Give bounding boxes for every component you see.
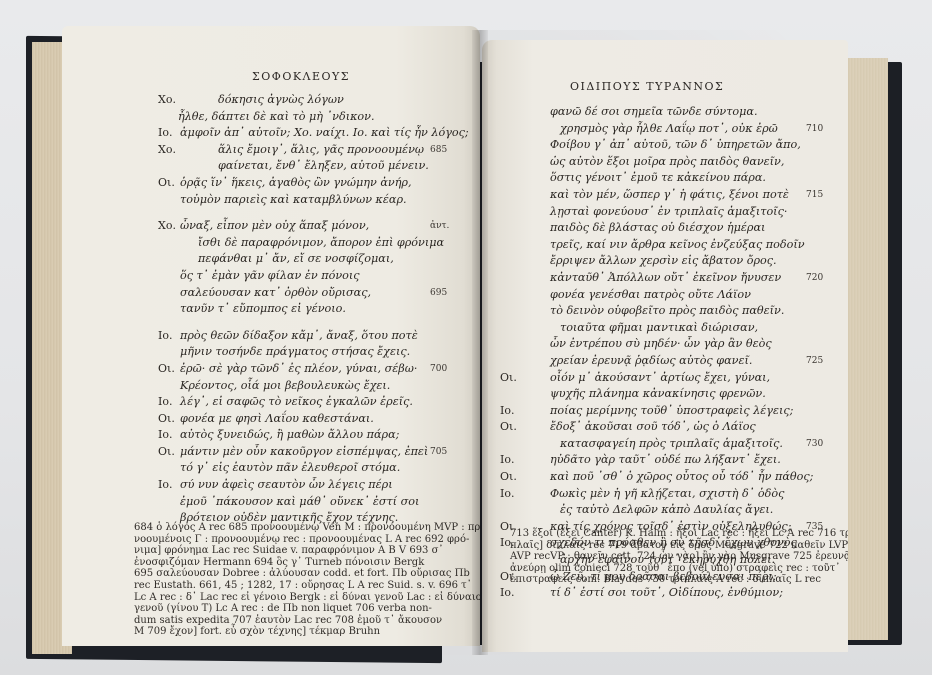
verse-line: τὸ δεινὸν οὑφοβεῖτο πρὸς παιδὸς παθεῖν.	[500, 303, 810, 320]
verse-line: κἀνταῦθ᾽ Ἀπόλλων οὔτ᾽ ἐκεῖνον ἤνυσεν720	[500, 270, 810, 287]
speaker-label: Ιο.	[500, 486, 514, 503]
verse-text: Κρέοντος, οἷά μοι βεβουλευκὼς ἔχει.	[180, 378, 390, 395]
speaker-label: Οι.	[158, 411, 175, 428]
verse-text: τὸ δεινὸν οὑφοβεῖτο πρὸς παιδὸς παθεῖν.	[550, 303, 784, 320]
apparatus-line: πλαῖς] διπλαῖς rec 719 ἄβατον εἰς ὄρος M…	[510, 540, 840, 552]
verse-text: ἅλις ἔμοιγ᾽, ἅλις, γᾶς προνοουμένῳ	[218, 142, 424, 159]
left-page: ΣΟΦΟΚΛΕΟΥΣ Χο.δόκησις ἀγνὼς λόγωνἦλθε, δ…	[62, 26, 480, 646]
verse-text: μάντιν μὲν οὖν κακοῦργον εἰσπέμψας, ἐπεὶ	[180, 444, 428, 461]
verse-line: Οι.ἐρῶ· σὲ γὰρ τῶνδ᾽ ἐς πλέον, γύναι, σέ…	[158, 361, 458, 378]
verse-line: ψυχῆς πλάνημα κἀνακίνησις φρενῶν.	[500, 386, 810, 403]
line-number: 730	[806, 436, 823, 453]
verse-line: Φοίβου γ᾽ ἀπ᾽ αὐτοῦ, τῶν δ᾽ ὑπηρετῶν ἄπο…	[500, 137, 810, 154]
verse-line: Οι.οἷόν μ᾽ ἀκούσαντ᾽ ἀρτίως ἔχει, γύναι,	[500, 370, 810, 387]
verse-text: παιδὸς δὲ βλάστας οὐ διέσχον ἡμέραι	[550, 220, 765, 237]
verse-line: φανῶ δέ σοι σημεῖα τῶνδε σύντομα.	[500, 104, 810, 121]
line-number: 695	[430, 285, 447, 302]
line-number: 715	[806, 187, 823, 204]
verse-text: ἔδοξ᾽ ἀκοῦσαι σοῦ τόδ᾽, ὡς ὁ Λάϊος	[550, 419, 756, 436]
line-number: ἀντ.	[430, 218, 449, 235]
critical-apparatus: 713 ἕξοι (ἕξει Canter) K. Halm : ἥξοι La…	[510, 528, 840, 586]
verse-text: καὶ ποῦ ᾽σθ᾽ ὁ χῶρος οὗτος οὗ τόδ᾽ ἦν πά…	[550, 469, 813, 486]
line-number: 725	[806, 353, 823, 370]
verse-line: σαλεύουσαν κατ᾽ ὀρθὸν οὔρισας,695	[158, 285, 458, 302]
verse-text: ὅστις γένοιτ᾽ ἐμοῦ τε κἀκείνου πάρα.	[550, 170, 766, 187]
verse-line: Οι.ἔδοξ᾽ ἀκοῦσαι σοῦ τόδ᾽, ὡς ὁ Λάϊος	[500, 419, 810, 436]
speaker-label: Ιο.	[500, 452, 514, 469]
verse-text: ὡς αὐτὸν ἕξοι μοῖρα πρὸς παιδὸς θανεῖν,	[550, 154, 784, 171]
verse-line: ἦλθε, δάπτει δὲ καὶ τὸ μὴ ᾿νδικον.	[158, 109, 458, 126]
verse-text: καὶ τὸν μέν, ὥσπερ γ᾽ ἡ φάτις, ξένοι ποτ…	[550, 187, 789, 204]
verse-text: λέγ᾽, εἰ σαφῶς τὸ νεῖκος ἐγκαλῶν ἐρεῖς.	[180, 394, 413, 411]
verse-line: ἴσθι δὲ παραφρόνιμον, ἄπορον ἐπὶ φρόνιμα	[158, 235, 458, 252]
verse-text: τί δ᾽ ἐστί σοι τοῦτ᾽, Οἰδίπους, ἐνθύμιον…	[550, 585, 783, 602]
verse-line: Ιο.πρὸς θεῶν δίδαξον κἄμ᾽, ἄναξ, ὅτου πο…	[158, 328, 458, 345]
verse-text: κἀνταῦθ᾽ Ἀπόλλων οὔτ᾽ ἐκεῖνον ἤνυσεν	[550, 270, 781, 287]
speaker-label: Ιο.	[158, 427, 172, 444]
verse-text: χρείαν ἐρευνᾷ ῥᾳδίως αὐτὸς φανεῖ.	[550, 353, 752, 370]
speaker-label: Οι.	[158, 444, 175, 461]
verse-line: Ιο.Φωκὶς μὲν ἡ γῆ κλῄζεται, σχιστὴ δ᾽ ὁδ…	[500, 486, 810, 503]
speaker-label: Ιο.	[158, 394, 172, 411]
verse-text: τοιαῦτα φῆμαι μαντικαὶ διώρισαν,	[560, 320, 758, 337]
speaker-label: Οι.	[158, 175, 175, 192]
line-number: 685	[430, 142, 447, 159]
verse-line: Οι.μάντιν μὲν οὖν κακοῦργον εἰσπέμψας, ἐ…	[158, 444, 458, 461]
verse-line: Χο.ὦναξ, εἶπον μὲν οὐχ ἅπαξ μόνον,ἀντ.	[158, 218, 458, 235]
verse-text: ἀμφοῖν ἀπ᾽ αὐτοῖν; Χο. ναίχι. Ιο. καὶ τί…	[180, 125, 469, 142]
verse-text: φονέα γενέσθαι πατρὸς οὔτε Λάϊον	[550, 287, 751, 304]
verse-text: ὅς τ᾽ ἐμὰν γᾶν φίλαν ἐν πόνοις	[180, 268, 360, 285]
apparatus-line: 684 ὁ λόγος A rec 685 προνοουμένῳ Ven M …	[134, 522, 474, 534]
verse-text: ἐμοῦ ᾿πάκουσον καὶ μάθ᾽ οὕνεκ᾽ ἐστί σοι	[180, 494, 419, 511]
verse-text: λῃσταὶ φονεύουσ᾽ ἐν τριπλαῖς ἁμαξιτοῖς·	[550, 204, 787, 221]
verse-line: παιδὸς δὲ βλάστας οὐ διέσχον ἡμέραι	[500, 220, 810, 237]
apparatus-line: M 709 ἔχον] fort. εὖ σχὸν τέχνης] τέκμαρ…	[134, 626, 474, 638]
verse-line: Χο.δόκησις ἀγνὼς λόγων	[158, 92, 458, 109]
verse-line: φονέα γενέσθαι πατρὸς οὔτε Λάϊον	[500, 287, 810, 304]
verse-line: Οι.φονέα με φησὶ Λαΐου καθεστάναι.	[158, 411, 458, 428]
speaker-label: Ιο.	[500, 403, 514, 420]
page-edges-right	[842, 58, 888, 640]
verse-line: τρεῖς, καί νιν ἄρθρα κεῖνος ἐνζεύξας ποδ…	[500, 237, 810, 254]
book-gutter	[472, 30, 488, 655]
verse-line: τοιαῦτα φῆμαι μαντικαὶ διώρισαν,	[500, 320, 810, 337]
verse-text: ἐρῶ· σὲ γὰρ τῶνδ᾽ ἐς πλέον, γύναι, σέβω·	[180, 361, 417, 378]
verse-line: Ιο.ηὐδᾶτο γὰρ ταῦτ᾽ οὐδέ πω λήξαντ᾽ ἔχει…	[500, 452, 810, 469]
verse-text: ἐς ταὐτὸ Δελφῶν κἀπὸ Δαυλίας ἄγει.	[560, 502, 773, 519]
speaker-label: Ιο.	[500, 585, 514, 602]
verse-text: τρεῖς, καί νιν ἄρθρα κεῖνος ἐνζεύξας ποδ…	[550, 237, 805, 254]
verse-text: οἷόν μ᾽ ἀκούσαντ᾽ ἀρτίως ἔχει, γύναι,	[550, 370, 770, 387]
speaker-label: Χο.	[158, 92, 176, 109]
verse-line: Ιο.τί δ᾽ ἐστί σοι τοῦτ᾽, Οἰδίπους, ἐνθύμ…	[500, 585, 810, 602]
verse-text: ἦλθε, δάπτει δὲ καὶ τὸ μὴ ᾿νδικον.	[178, 109, 375, 126]
verse-line: ἐς ταὐτὸ Δελφῶν κἀπὸ Δαυλίας ἄγει.	[500, 502, 810, 519]
verse-line: χρείαν ἐρευνᾷ ῥᾳδίως αὐτὸς φανεῖ.725	[500, 353, 810, 370]
speaker-label: Χο.	[158, 218, 176, 235]
verse-line: καὶ τὸν μέν, ὥσπερ γ᾽ ἡ φάτις, ξένοι ποτ…	[500, 187, 810, 204]
line-number: 700	[430, 361, 447, 378]
verse-line: ὡς αὐτὸν ἕξοι μοῖρα πρὸς παιδὸς θανεῖν,	[500, 154, 810, 171]
verse-text: πεφάνθαι μ᾽ ἄν, εἴ σε νοσφίζομαι,	[198, 251, 394, 268]
verse-line: φαίνεται, ἔνθ᾽ ἔληξεν, αὐτοῦ μένειν.	[158, 158, 458, 175]
verse-line: Κρέοντος, οἷά μοι βεβουλευκὼς ἔχει.	[158, 378, 458, 395]
apparatus-line: dum satis expedita 707 ἑαυτὸν Lac rec 70…	[134, 615, 474, 627]
verse-text: σαλεύουσαν κατ᾽ ὀρθὸν οὔρισας,	[180, 285, 371, 302]
verse-text: χρησμὸς γὰρ ἦλθε Λαΐῳ ποτ᾽, οὐκ ἐρῶ	[560, 121, 778, 138]
verse-line: ὧν ἐντρέπου σὺ μηδέν· ὧν γὰρ ἂν θεὸς	[500, 336, 810, 353]
speaker-label: Οι.	[500, 469, 517, 486]
verse-text: ὧν ἐντρέπου σὺ μηδέν· ὧν γὰρ ἂν θεὸς	[550, 336, 772, 353]
line-number: 720	[806, 270, 823, 287]
verse-line: λῃσταὶ φονεύουσ᾽ ἐν τριπλαῖς ἁμαξιτοῖς·	[500, 204, 810, 221]
apparatus-line: AVP recVP : θανεῖν cett. 724 ὧν γὰρ] ἢν …	[510, 551, 840, 563]
verse-text: μῆνιν τοσήνδε πράγματος στήσας ἔχεις.	[180, 344, 410, 361]
running-head: ΣΟΦΟΚΛΕΟΥΣ	[252, 70, 350, 83]
verse-line: ὅστις γένοιτ᾽ ἐμοῦ τε κἀκείνου πάρα.	[500, 170, 810, 187]
apparatus-line: νιμα] φρόνημα Lac rec Suidae v. παραφρόν…	[134, 545, 474, 557]
speaker-label: Ιο.	[158, 477, 172, 494]
apparatus-line: ἐνοσφιζόμαν Hermann 694 ὃς γ᾽ Turneb πόν…	[134, 557, 474, 569]
speaker-label: Χο.	[158, 142, 176, 159]
right-page: ΟΙΔΙΠΟΥΣ ΤΥΡΑΝΝΟΣ φανῶ δέ σοι σημεῖα τῶν…	[482, 40, 848, 652]
speaker-label: Ιο.	[158, 125, 172, 142]
verse-text: ὁρᾷς ἵν᾽ ἥκεις, ἀγαθὸς ὢν γνώμην ἀνήρ,	[180, 175, 412, 192]
verse-line: μῆνιν τοσήνδε πράγματος στήσας ἔχεις.	[158, 344, 458, 361]
verse-text: φαίνεται, ἔνθ᾽ ἔληξεν, αὐτοῦ μένειν.	[218, 158, 429, 175]
speaker-label: Οι.	[500, 419, 517, 436]
verse-line: τοὐμὸν παριεὶς καὶ καταμβλύνων κέαρ.	[158, 192, 458, 209]
verse-text: κατασφαγείη πρὸς τριπλαῖς ἁμαξιτοῖς.	[560, 436, 783, 453]
verse-line: ὅς τ᾽ ἐμὰν γᾶν φίλαν ἐν πόνοις	[158, 268, 458, 285]
verse-line: Ιο.σύ νυν ἀφεὶς σεαυτὸν ὧν λέγεις πέρι	[158, 477, 458, 494]
verse-line: ἔρριψεν ἄλλων χερσὶν εἰς ἄβατον ὄρος.	[500, 253, 810, 270]
verse-text: τοὐμὸν παριεὶς καὶ καταμβλύνων κέαρ.	[180, 192, 407, 209]
verse-line: Οι.καὶ ποῦ ᾽σθ᾽ ὁ χῶρος οὗτος οὗ τόδ᾽ ἦν…	[500, 469, 810, 486]
verse-text: τανῦν τ᾽ εὔπομπος εἰ γένοιο.	[180, 301, 346, 318]
apparatus-line: ἀνεύρῃ olim conieci 728 τοῦθ᾽ ἔπο (vel ὑ…	[510, 563, 840, 575]
verse-line: πεφάνθαι μ᾽ ἄν, εἴ σε νοσφίζομαι,	[158, 251, 458, 268]
apparatus-line: Lc A rec : δ᾽ Lac rec εἰ γένοιο Bergk : …	[134, 592, 474, 604]
verse-text: ὦναξ, εἶπον μὲν οὐχ ἅπαξ μόνον,	[180, 218, 369, 235]
critical-apparatus: 684 ὁ λόγος A rec 685 προνοουμένῳ Ven M …	[134, 522, 474, 638]
verse-text: σύ νυν ἀφεὶς σεαυτὸν ὧν λέγεις πέρι	[180, 477, 393, 494]
verse-line: χρησμὸς γὰρ ἦλθε Λαΐῳ ποτ᾽, οὐκ ἐρῶ710	[500, 121, 810, 138]
verse-text: πρὸς θεῶν δίδαξον κἄμ᾽, ἄναξ, ὅτου ποτὲ	[180, 328, 418, 345]
apparatus-line: νοουμένοις Γ : προνοουμένῳ rec : προνοου…	[134, 534, 474, 546]
verse-text: δόκησις ἀγνὼς λόγων	[218, 92, 344, 109]
speaker-label: Οι.	[500, 370, 517, 387]
apparatus-line: 695 σαλεύουσαν Dobree : ἀλύουσαν codd. e…	[134, 568, 474, 580]
verse-text: ψυχῆς πλάνημα κἀνακίνησις φρενῶν.	[550, 386, 766, 403]
verse-line: Ιο.ποίας μερίμνης τοῦθ᾽ ὑποστραφεὶς λέγε…	[500, 403, 810, 420]
verse-line: Ιο.ἀμφοῖν ἀπ᾽ αὐτοῖν; Χο. ναίχι. Ιο. καὶ…	[158, 125, 458, 142]
verse-text: ποίας μερίμνης τοῦθ᾽ ὑποστραφεὶς λέγεις;	[550, 403, 793, 420]
apparatus-line: rec Eustath. 661, 45 ; 1282, 17 : οὔρησα…	[134, 580, 474, 592]
speaker-label: Οι.	[158, 361, 175, 378]
apparatus-line: γενοῦ (γίνου T) Lc A rec : de Πb non liq…	[134, 603, 474, 615]
verse-text: φονέα με φησὶ Λαΐου καθεστάναι.	[180, 411, 374, 428]
verse-line: τανῦν τ᾽ εὔπομπος εἰ γένοιο.	[158, 301, 458, 318]
speaker-label: Ιο.	[158, 328, 172, 345]
verse-text: τό γ᾽ εἰς ἑαυτὸν πᾶν ἐλευθεροῖ στόμα.	[180, 460, 400, 477]
verse-line: Χο.ἅλις ἔμοιγ᾽, ἅλις, γᾶς προνοουμένῳ685	[158, 142, 458, 159]
verse-line: Ιο.αὐτὸς ξυνειδώς, ἢ μαθὼν ἄλλου πάρα;	[158, 427, 458, 444]
verse-text: ἔρριψεν ἄλλων χερσὶν εἰς ἄβατον ὄρος.	[550, 253, 777, 270]
line-number: 710	[806, 121, 823, 138]
verse-text: ηὐδᾶτο γὰρ ταῦτ᾽ οὐδέ πω λήξαντ᾽ ἔχει.	[550, 452, 781, 469]
line-number: 705	[430, 444, 447, 461]
verse-text: αὐτὸς ξυνειδώς, ἢ μαθὼν ἄλλου πάρα;	[180, 427, 399, 444]
verse-line: κατασφαγείη πρὸς τριπλαῖς ἁμαξιτοῖς.730	[500, 436, 810, 453]
verse-lines: Χο.δόκησις ἀγνὼς λόγωνἦλθε, δάπτει δὲ κα…	[158, 92, 458, 527]
verse-text: φανῶ δέ σοι σημεῖα τῶνδε σύντομα.	[550, 104, 758, 121]
verse-text: Φοίβου γ᾽ ἀπ᾽ αὐτοῦ, τῶν δ᾽ ὑπηρετῶν ἄπο…	[550, 137, 801, 154]
verse-text: ἴσθι δὲ παραφρόνιμον, ἄπορον ἐπὶ φρόνιμα	[198, 235, 444, 252]
verse-text: Φωκὶς μὲν ἡ γῆ κλῄζεται, σχιστὴ δ᾽ ὁδὸς	[550, 486, 784, 503]
apparatus-line: ἐπιστραφεὶς coni. Blaydes 730 τριπλαῖς A…	[510, 574, 840, 586]
verse-line: ἐμοῦ ᾿πάκουσον καὶ μάθ᾽ οὕνεκ᾽ ἐστί σοι	[158, 494, 458, 511]
apparatus-line: 713 ἕξοι (ἕξει Canter) K. Halm : ἥξοι La…	[510, 528, 840, 540]
verse-line: Οι.ὁρᾷς ἵν᾽ ἥκεις, ἀγαθὸς ὢν γνώμην ἀνήρ…	[158, 175, 458, 192]
verse-line: Ιο.λέγ᾽, εἰ σαφῶς τὸ νεῖκος ἐγκαλῶν ἐρεῖ…	[158, 394, 458, 411]
verse-line: τό γ᾽ εἰς ἑαυτὸν πᾶν ἐλευθεροῖ στόμα.	[158, 460, 458, 477]
running-head: ΟΙΔΙΠΟΥΣ ΤΥΡΑΝΝΟΣ	[570, 80, 724, 93]
